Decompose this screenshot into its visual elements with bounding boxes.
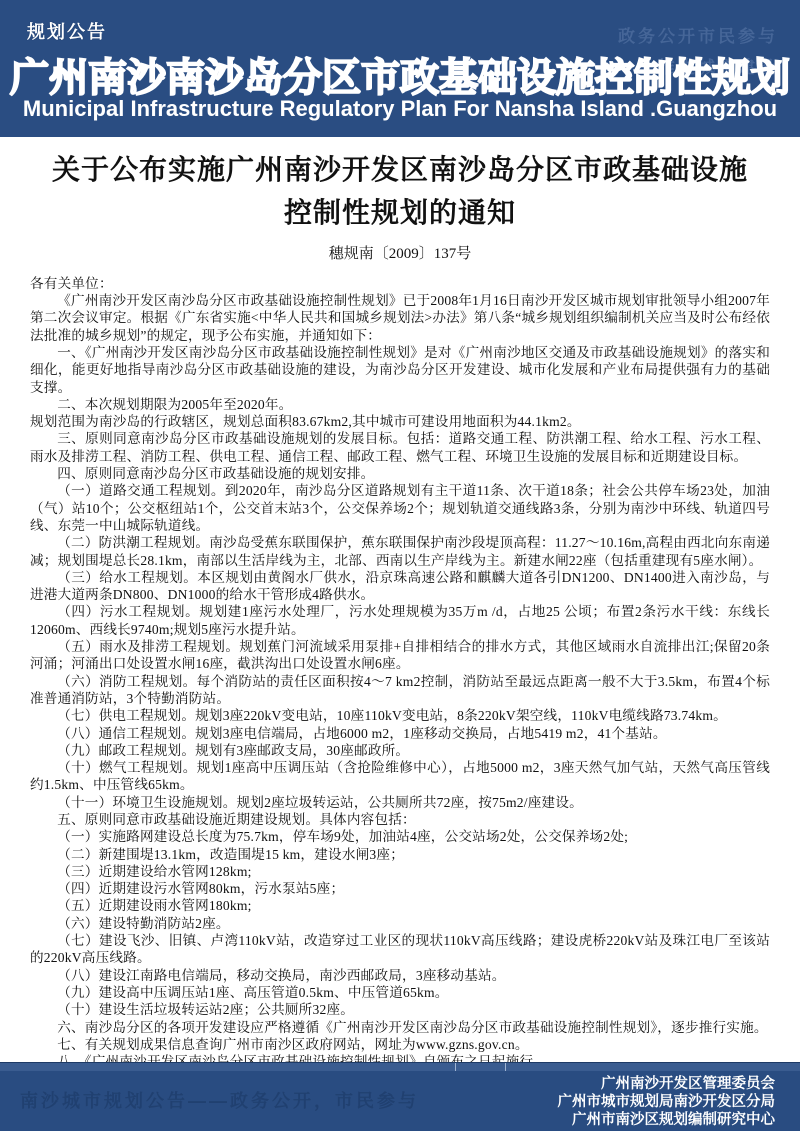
notice-paragraph: （十）燃气工程规划。规划1座高中压调压站（含抢险维修中心），占地5000 m2，… bbox=[30, 759, 770, 794]
footer-org-line: 广州市南沙区规划编制研究中心 bbox=[558, 1111, 776, 1129]
notice-paragraph: （五）雨水及排涝工程规划。规划蕉门河流域采用泵排+自排相结合的排水方式，其他区域… bbox=[30, 638, 770, 673]
notice-paragraph: 一、《广州南沙开发区南沙岛分区市政基础设施控制性规划》是对《广州南沙地区交通及市… bbox=[30, 344, 770, 396]
notice-paragraph: （二）新建围堤13.1km，改造围堤15 km，建设水闸3座； bbox=[30, 846, 770, 863]
notice-paragraph: 七、有关规划成果信息查询广州市南沙区政府网站，网址为www.gzns.gov.c… bbox=[30, 1036, 770, 1053]
document-number: 穗规南〔2009〕137号 bbox=[30, 242, 770, 263]
notice-paragraph: 《广州南沙开发区南沙岛分区市政基础设施控制性规划》已于2008年1月16日南沙开… bbox=[30, 292, 770, 344]
notice-paragraph: 规划范围为南沙岛的行政辖区，规划总面积83.67km2,其中城市可建设用地面积为… bbox=[30, 413, 770, 430]
notice-paragraph: （五）近期建设雨水管网180km; bbox=[30, 897, 770, 914]
notice-paragraph: 五、原则同意市政基础设施近期建设规划。具体内容包括： bbox=[30, 811, 770, 828]
footer-tick-mark bbox=[505, 1063, 506, 1071]
notice-paragraph: （八）通信工程规划。规划3座电信端局，占地6000 m2，1座移动交换局，占地5… bbox=[30, 725, 770, 742]
notice-paragraph: （一）实施路网建设总长度为75.7km，停车场9处，加油站4座，公交站场2处，公… bbox=[30, 828, 770, 845]
banner-watermark-line1: 政务公开市民参与 bbox=[618, 22, 778, 47]
notice-paragraph: （四）污水工程规划。规划建1座污水处理厂，污水处理规模为35万m /d，占地25… bbox=[30, 603, 770, 638]
notice-paragraph: （九）建设高中压调压站1座、高压管道0.5km、中压管道65km。 bbox=[30, 984, 770, 1001]
plan-title-chinese: 广州南沙南沙岛分区市政基础设施控制性规划 bbox=[0, 47, 800, 103]
banner-tag: 规划公告 bbox=[27, 18, 107, 44]
footer-tick-mark bbox=[455, 1063, 456, 1071]
notice-paragraph: 各有关单位： bbox=[30, 275, 770, 292]
footer-org-line: 广州南沙开发区管理委员会 bbox=[558, 1075, 776, 1093]
notice-title: 关于公布实施广州南沙开发区南沙岛分区市政基础设施 控制性规划的通知 bbox=[30, 149, 770, 236]
notice-title-line2: 控制性规划的通知 bbox=[284, 198, 516, 229]
footer-slogan: 南沙城市规划公告——政务公开，市民参与 bbox=[20, 1087, 419, 1113]
notice-title-line1: 关于公布实施广州南沙开发区南沙岛分区市政基础设施 bbox=[52, 155, 748, 186]
notice-paragraph: 四、原则同意南沙岛分区市政基础设施的规划安排。 bbox=[30, 465, 770, 482]
footer-organizations: 广州南沙开发区管理委员会 广州市城市规划局南沙开发区分局 广州市南沙区规划编制研… bbox=[558, 1075, 776, 1129]
notice-paragraph: 三、原则同意南沙岛分区市政基础设施规划的发展目标。包括：道路交通工程、防洪潮工程… bbox=[30, 430, 770, 465]
notice-document: 关于公布实施广州南沙开发区南沙岛分区市政基础设施 控制性规划的通知 穗规南〔20… bbox=[0, 137, 800, 1097]
notice-paragraph: （二）防洪潮工程规划。南沙岛受蕉东联围保护，蕉东联围保护南沙段堤顶高程：11.2… bbox=[30, 534, 770, 569]
notice-paragraph: （六）建设特勤消防站2座。 bbox=[30, 915, 770, 932]
notice-paragraph: （一）道路交通工程规划。到2020年，南沙岛分区道路规划有主干道11条、次干道1… bbox=[30, 482, 770, 534]
footer-banner: 南沙城市规划公告——政务公开，市民参与 广州南沙开发区管理委员会 广州市城市规划… bbox=[0, 1062, 800, 1131]
footer-top-strip bbox=[0, 1062, 800, 1071]
notice-paragraphs: 各有关单位：《广州南沙开发区南沙岛分区市政基础设施控制性规划》已于2008年1月… bbox=[30, 275, 770, 1071]
footer-org-line: 广州市城市规划局南沙开发区分局 bbox=[558, 1093, 776, 1111]
notice-paragraph: （十）建设生活垃圾转运站2座；公共厕所32座。 bbox=[30, 1001, 770, 1018]
footer-content: 南沙城市规划公告——政务公开，市民参与 广州南沙开发区管理委员会 广州市城市规划… bbox=[0, 1071, 800, 1131]
notice-paragraph: （三）近期建设给水管网128km; bbox=[30, 863, 770, 880]
notice-paragraph: （三）给水工程规划。本区规划由黄阁水厂供水，沿京珠高速公路和麒麟大道各引DN12… bbox=[30, 569, 770, 604]
notice-paragraph: 二、本次规划期限为2005年至2020年。 bbox=[30, 396, 770, 413]
notice-paragraph: （八）建设江南路电信端局，移动交换局，南沙西邮政局，3座移动基站。 bbox=[30, 967, 770, 984]
notice-paragraph: （四）近期建设污水管网80km，污水泵站5座； bbox=[30, 880, 770, 897]
notice-paragraph: （六）消防工程规划。每个消防站的责任区面积按4～7 km2控制，消防站至最远点距… bbox=[30, 673, 770, 708]
notice-paragraph: （十一）环境卫生设施规划。规划2座垃圾转运站，公共厕所共72座，按75m2/座建… bbox=[30, 794, 770, 811]
notice-paragraph: （七）建设飞沙、旧镇、卢湾110kV站，改造穿过工业区的现状110kV高压线路；… bbox=[30, 932, 770, 967]
plan-title-english: Municipal Infrastructure Regulatory Plan… bbox=[0, 96, 800, 122]
notice-paragraph: （九）邮政工程规划。规划有3座邮政支局，30座邮政所。 bbox=[30, 742, 770, 759]
notice-paragraph: （七）供电工程规划。规划3座220kV变电站，10座110kV变电站，8条220… bbox=[30, 707, 770, 724]
header-banner: 规划公告 政务公开市民参与 推进城市建设 广州南沙南沙岛分区市政基础设施控制性规… bbox=[0, 0, 800, 137]
notice-paragraph: 六、南沙岛分区的各项开发建设应严格遵循《广州南沙开发区南沙岛分区市政基础设施控制… bbox=[30, 1019, 770, 1036]
